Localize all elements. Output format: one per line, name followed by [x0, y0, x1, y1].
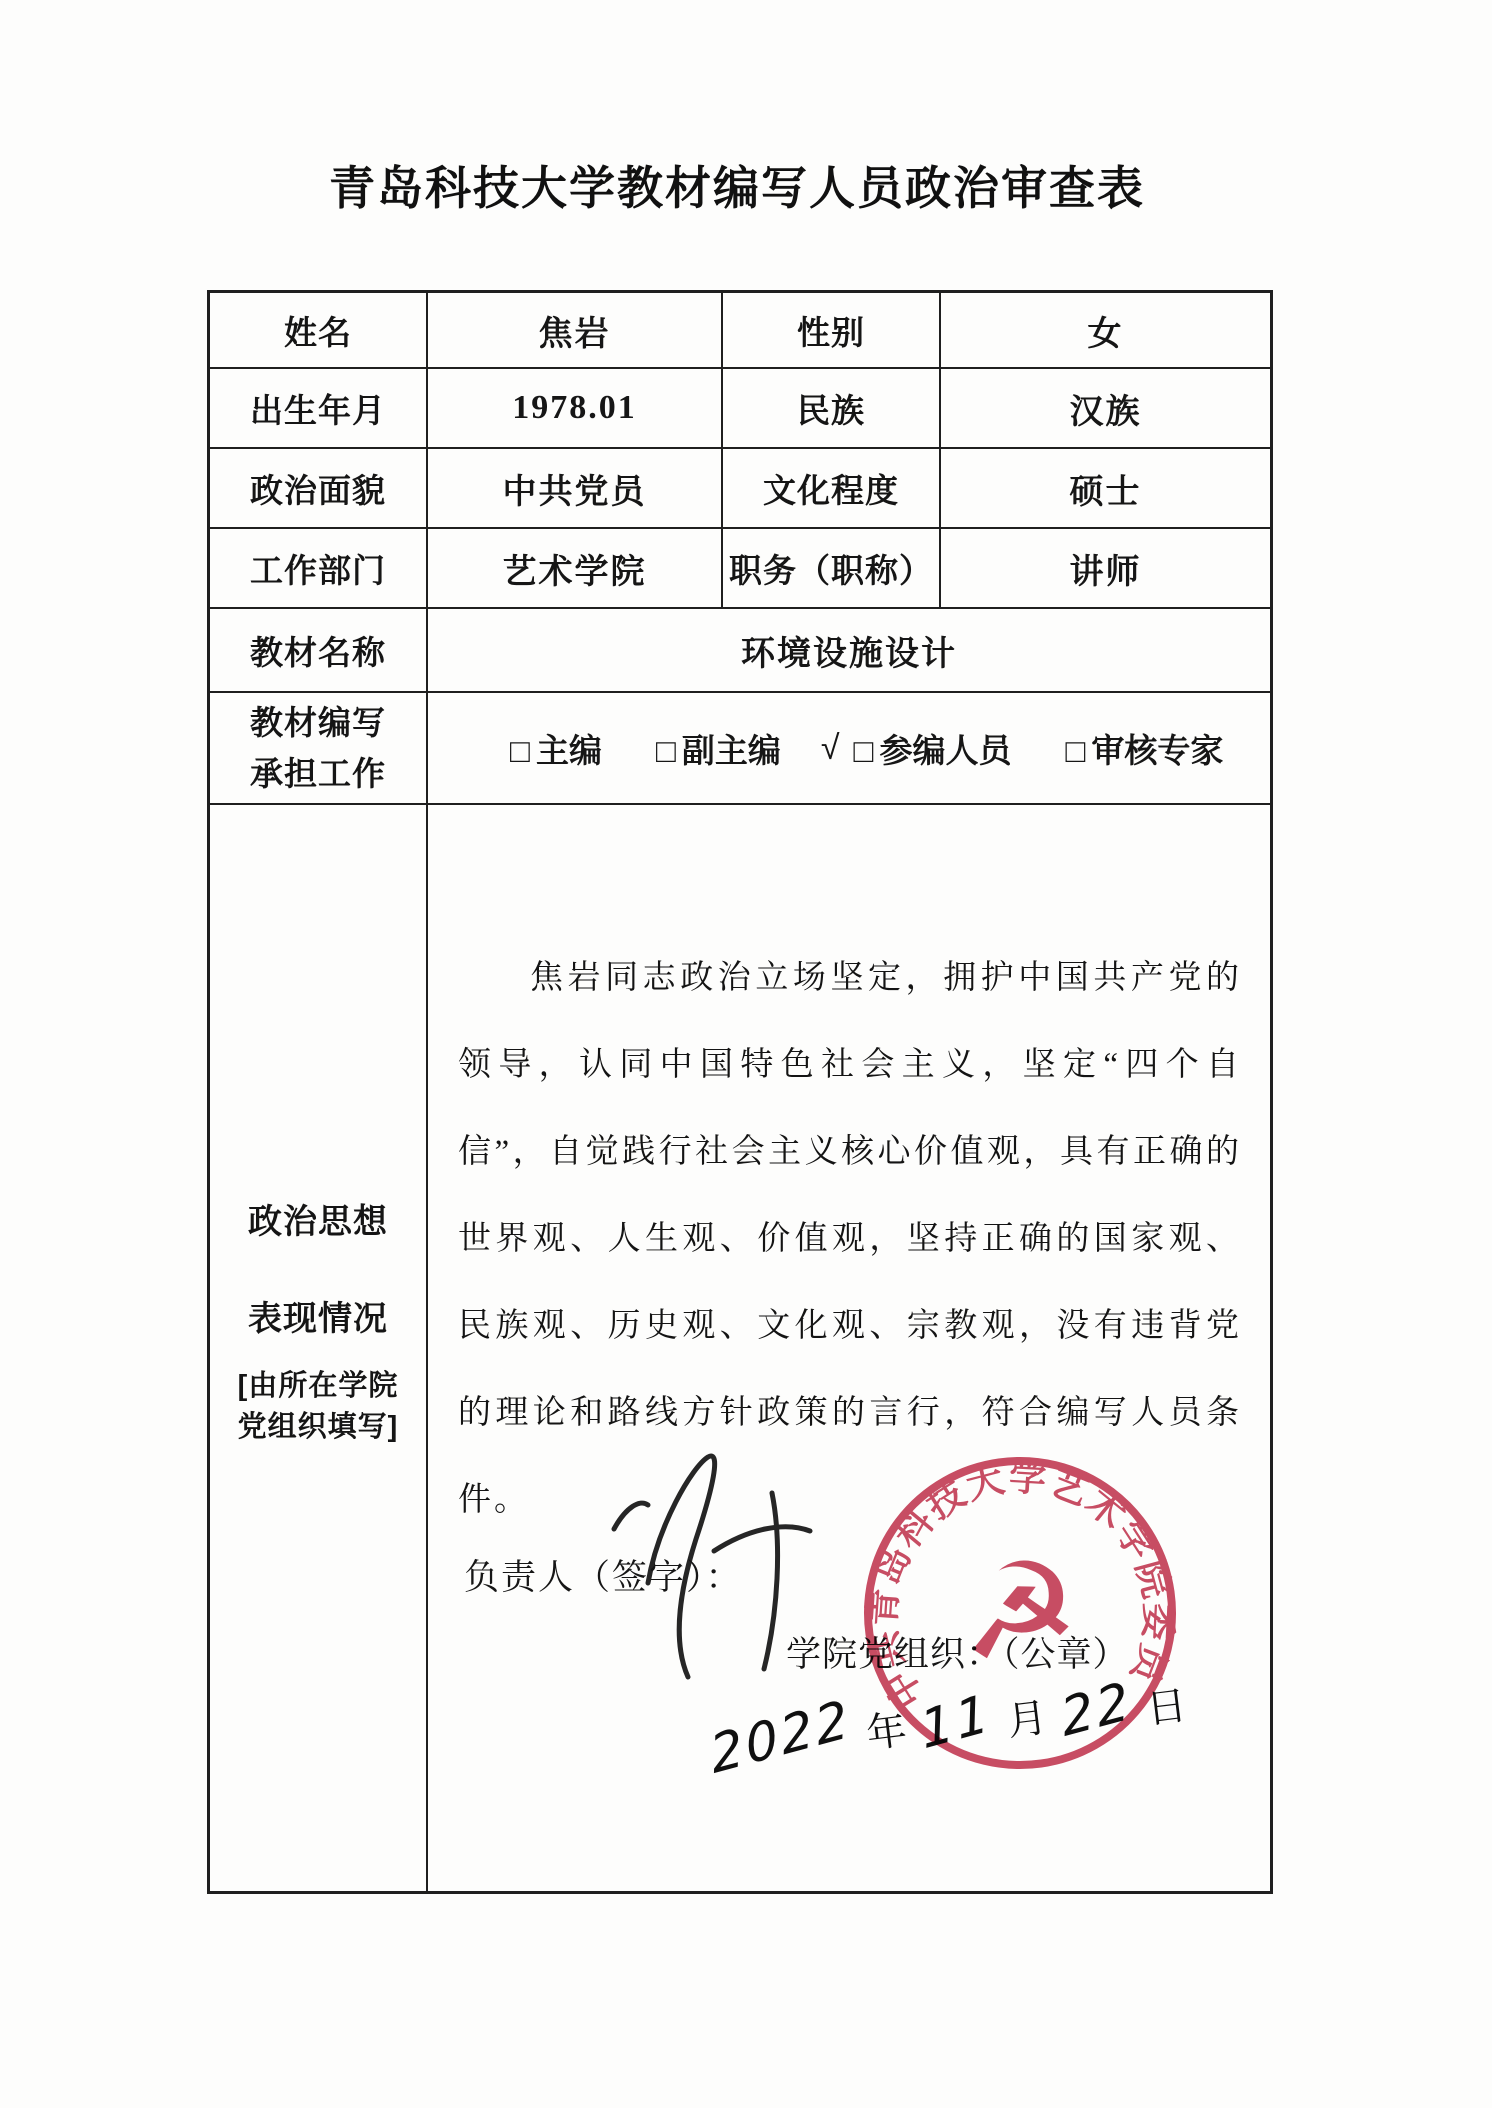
pol-label-note: [由所在学院 党组织填写] — [238, 1366, 399, 1447]
check-mark-icon: √ — [821, 729, 840, 768]
field-value-ethnicity: 汉族 — [941, 369, 1270, 449]
option-deputy-editor: □副主编 — [656, 725, 781, 772]
option-participating-editor: □参编人员 — [854, 725, 1012, 772]
scanned-form-page: 青岛科技大学教材编写人员政治审查表 姓名 焦岩 性别 女 出生年月 1978.0… — [0, 0, 1492, 2108]
field-value-position: 讲师 — [941, 529, 1270, 609]
political-performance-cell: 焦岩同志政治立场坚定，拥护中国共产党的领导，认同中国特色社会主义，坚定“四个自信… — [428, 805, 1270, 1891]
option-chief-editor: □主编 — [510, 725, 602, 772]
field-label-political-status: 政治面貌 — [210, 449, 428, 529]
field-value-textbook-name: 环境设施设计 — [428, 609, 1270, 693]
field-label-ethnicity: 民族 — [723, 369, 941, 449]
field-label-role-line2: 承担工作 — [250, 748, 386, 799]
pol-label-line2: 表现情况 — [248, 1291, 388, 1340]
checkbox-deputy-editor-icon: □ — [656, 732, 676, 769]
checkbox-review-expert-icon: □ — [1065, 732, 1085, 769]
option-review-expert: □审核专家 — [1065, 725, 1223, 772]
field-value-political-status: 中共党员 — [428, 449, 723, 529]
checkbox-chief-editor-icon: □ — [510, 732, 530, 769]
official-party-stamp: 中共青岛科技大学艺术学院委员会 ☭ — [823, 1416, 1216, 1809]
field-value-education: 硕士 — [941, 449, 1270, 529]
field-value-gender: 女 — [941, 293, 1270, 369]
form-table: 姓名 焦岩 性别 女 出生年月 1978.01 民族 汉族 政治面貌 中共党员 … — [207, 290, 1273, 1894]
field-label-role-line1: 教材编写 — [250, 697, 386, 748]
field-label-role: 教材编写 承担工作 — [210, 693, 428, 805]
field-label-position: 职务（职称） — [723, 529, 941, 609]
field-label-textbook-name: 教材名称 — [210, 609, 428, 693]
role-options-row: □主编 □副主编 √ □参编人员 □审核专家 — [428, 693, 1270, 805]
field-label-birthdate: 出生年月 — [210, 369, 428, 449]
field-label-education: 文化程度 — [723, 449, 941, 529]
field-value-department: 艺术学院 — [428, 529, 723, 609]
checkbox-participating-editor-icon: □ — [854, 732, 874, 769]
hammer-sickle-icon: ☭ — [958, 1533, 1082, 1691]
field-value-birthdate: 1978.01 — [428, 369, 723, 449]
field-label-political-performance: 政治思想 表现情况 [由所在学院 党组织填写] — [210, 805, 428, 1891]
field-label-department: 工作部门 — [210, 529, 428, 609]
field-label-name: 姓名 — [210, 293, 428, 369]
page-title: 青岛科技大学教材编写人员政治审查表 — [207, 152, 1267, 218]
field-value-name: 焦岩 — [428, 293, 723, 369]
field-label-gender: 性别 — [723, 293, 941, 369]
pol-label-line1: 政治思想 — [248, 1194, 388, 1243]
